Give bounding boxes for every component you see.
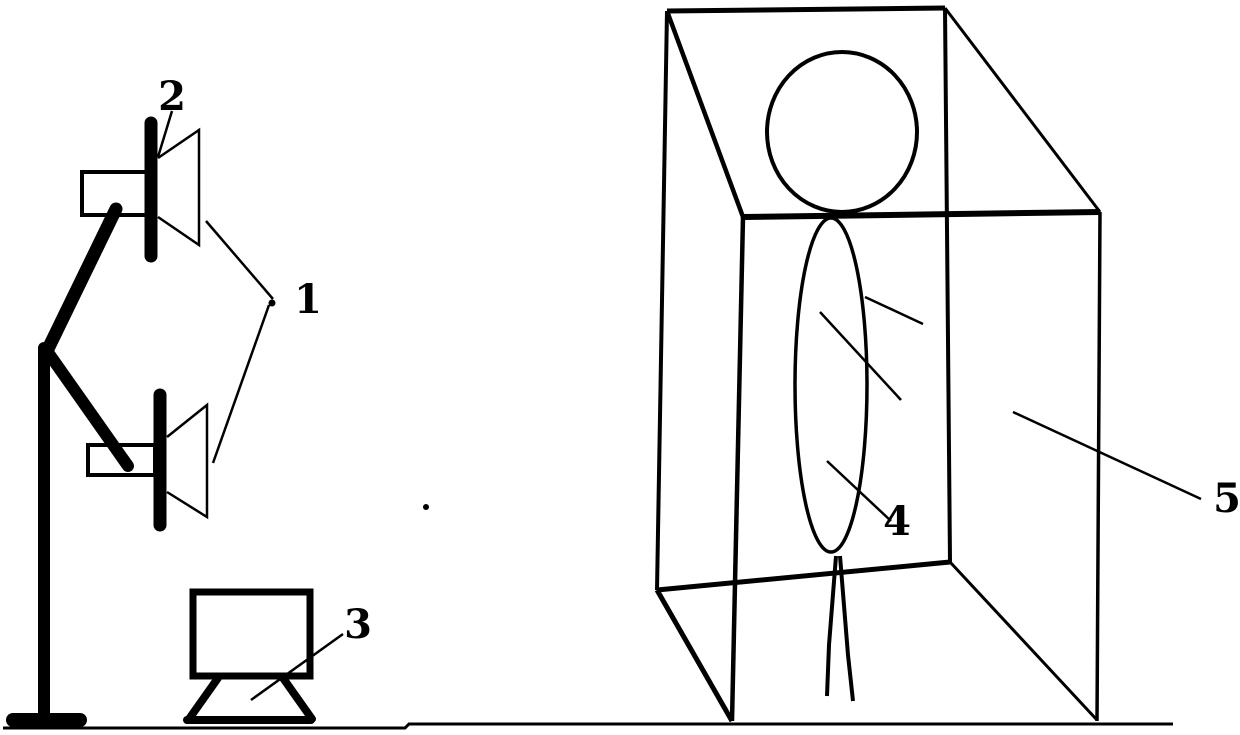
figure-canvas: 1 2 3 4 5 (0, 0, 1240, 735)
box-front-left-edge (732, 217, 743, 721)
label-2: 2 (158, 73, 186, 120)
box-top-right-edge (945, 8, 1100, 212)
leader-lines (158, 111, 1201, 700)
leader-line-1-lower (213, 305, 269, 463)
person-figure (767, 52, 923, 701)
wireframe-box (657, 8, 1100, 721)
stray-dot (423, 504, 429, 510)
upper-horn-flare (158, 130, 199, 245)
box-right-back-edge (945, 8, 950, 562)
box-left-back-edge (657, 11, 667, 590)
box-bottom-right-edge (950, 562, 1097, 720)
person-head (767, 52, 917, 212)
leader-line-4 (827, 461, 891, 521)
box-bottom-left-edge (657, 590, 732, 721)
label-3: 3 (344, 601, 372, 648)
person-left-leg (827, 556, 836, 696)
leader-line-3 (251, 634, 343, 700)
leader-line-5 (1013, 412, 1201, 499)
monitor-stand (187, 678, 312, 720)
box-top-left-edge (667, 11, 743, 217)
person-torso (795, 218, 867, 552)
label-1: 1 (294, 276, 322, 323)
box-front-right-edge (1097, 212, 1100, 721)
torso-hatch-line-1 (865, 297, 923, 324)
person-right-leg (840, 556, 853, 701)
lower-horn-flare (167, 405, 207, 517)
label-4: 4 (883, 498, 911, 545)
reference-labels: 1 2 3 4 5 (158, 73, 1240, 648)
ground-line (3, 724, 1173, 728)
horn-antenna-lower (88, 395, 207, 525)
label-5: 5 (1213, 475, 1240, 522)
monitor-on-stand (187, 592, 312, 720)
box-top-back-edge (667, 8, 945, 11)
antenna-stand (13, 209, 128, 720)
box-front-top-edge (743, 212, 1100, 217)
leader-line-1-upper (206, 221, 273, 299)
box-bottom-back-edge (657, 562, 950, 590)
torso-hatch-line-2 (820, 312, 901, 400)
diagram-svg: 1 2 3 4 5 (0, 0, 1240, 735)
stand-upper-arm (47, 209, 116, 351)
monitor-screen (193, 592, 310, 676)
